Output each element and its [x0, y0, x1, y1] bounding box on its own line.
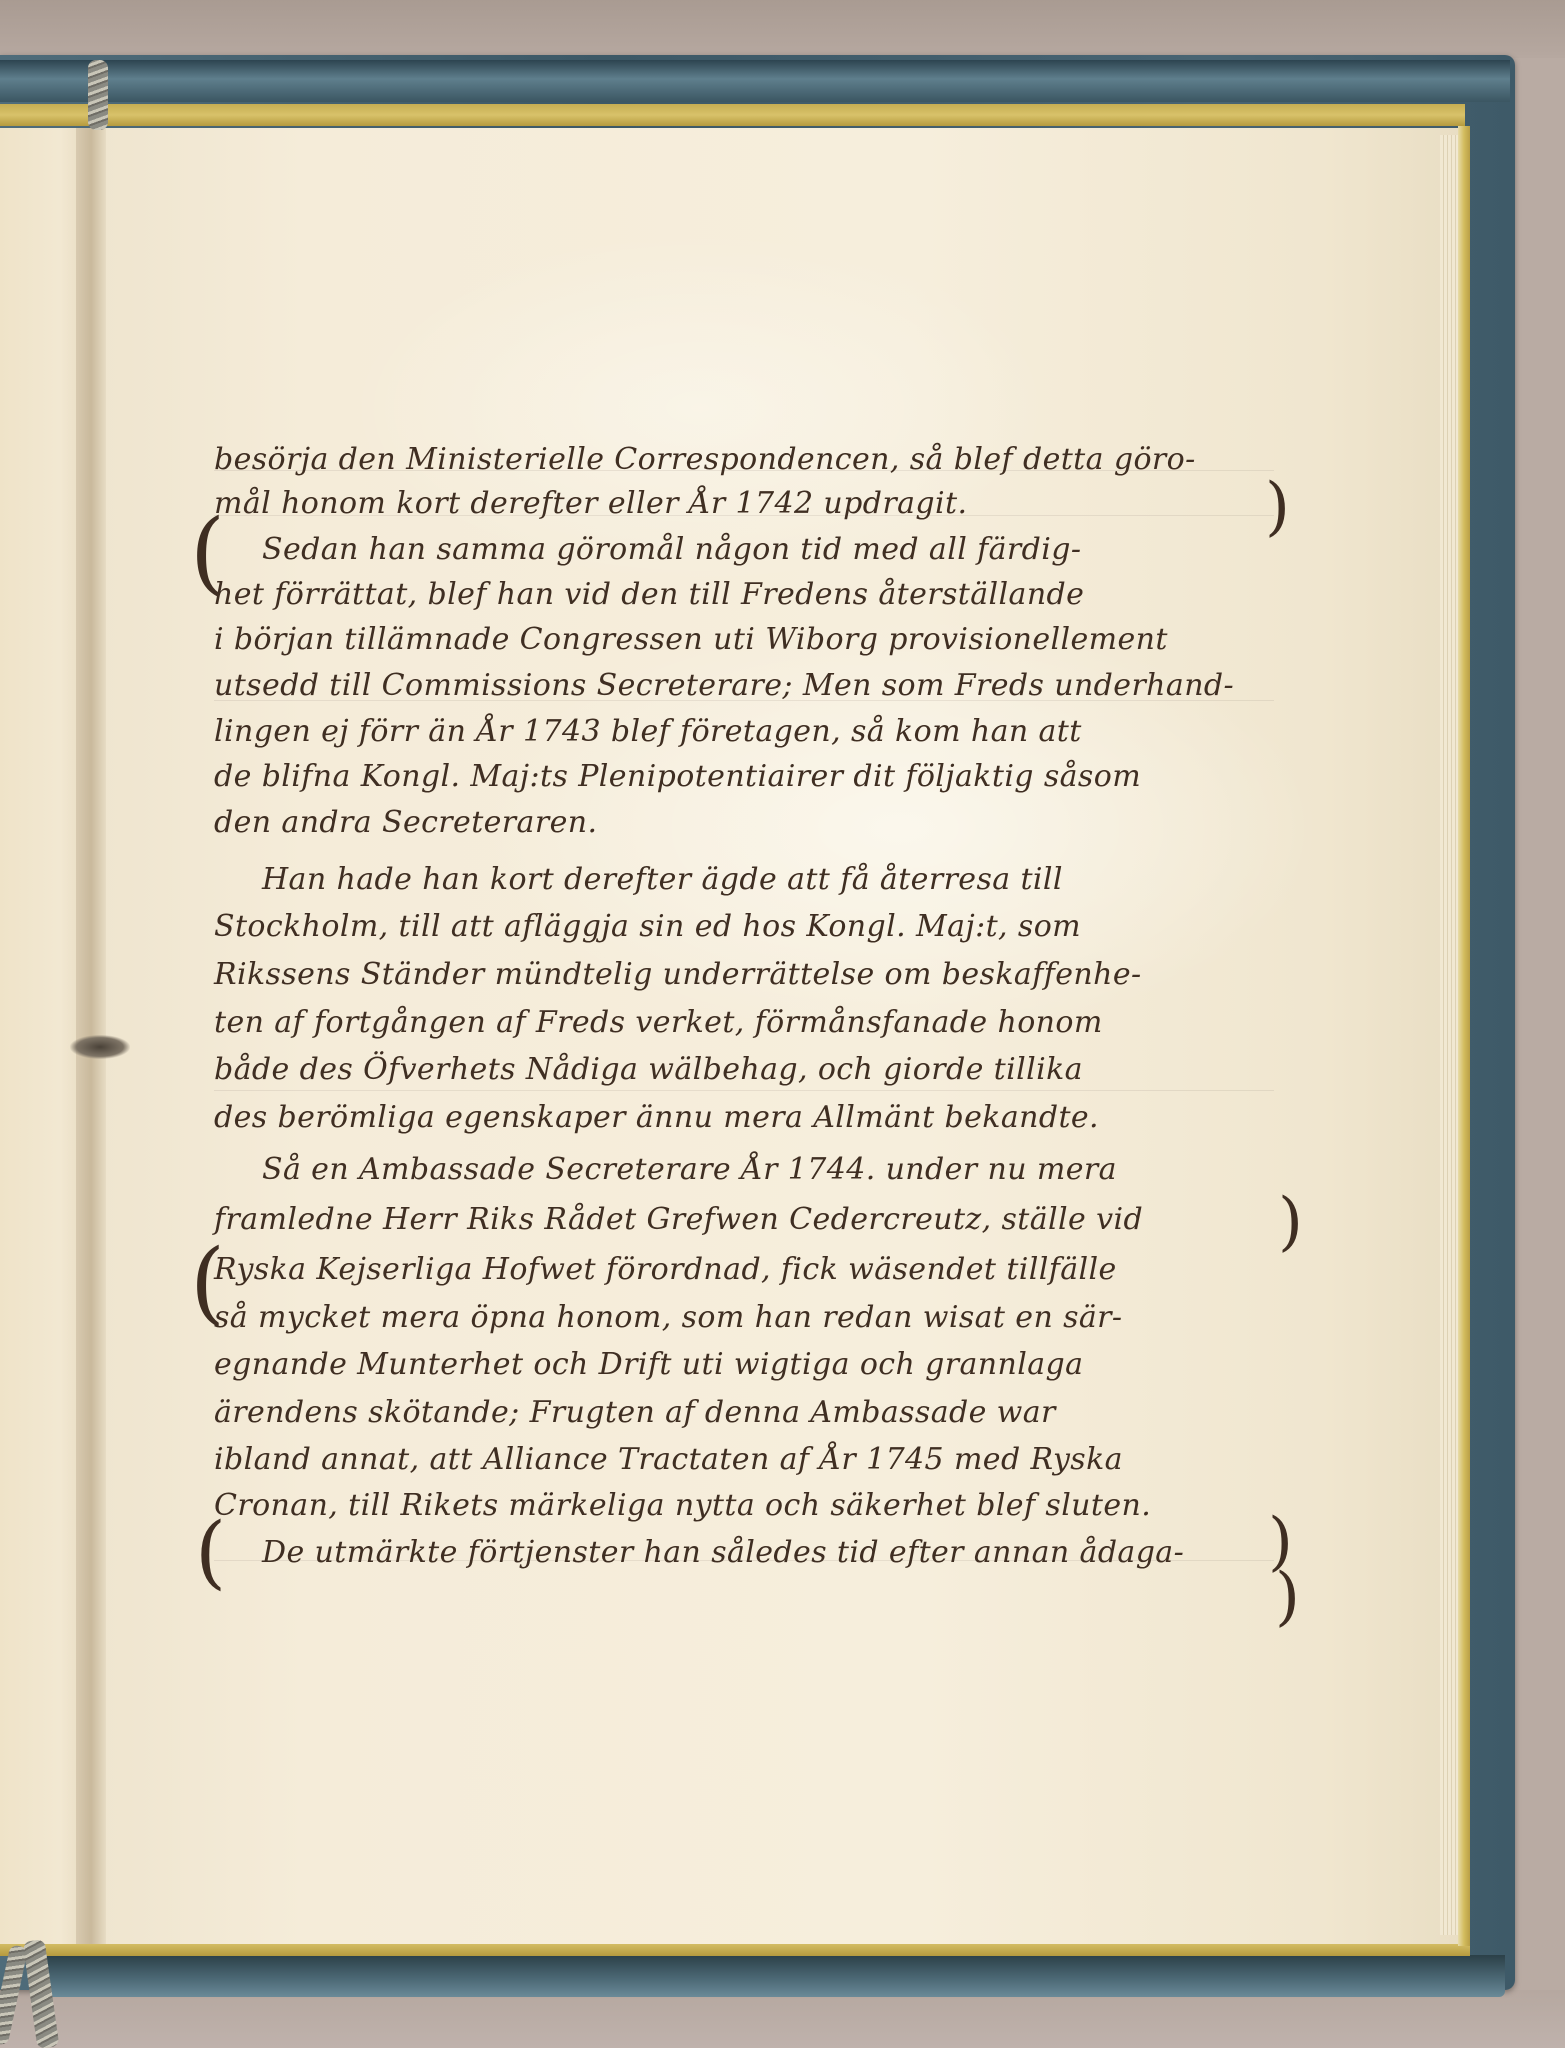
text-line-17: framledne Herr Riks Rådet Grefwen Cederc… — [214, 1200, 1294, 1240]
book-scan: besörja den Ministerielle Correspondence… — [0, 0, 1565, 2048]
binding-stitch-hole — [70, 1035, 130, 1059]
text-line-5: i början tillämnade Congressen uti Wibor… — [214, 620, 1294, 660]
text-line-10: Han hade han kort derefter ägde att få å… — [262, 860, 1342, 900]
flourish-initial-S: ( — [190, 500, 225, 605]
text-line-12: Rikssens Ständer mündtelig underrättelse… — [214, 955, 1294, 995]
text-line-23: Cronan, till Rikets märkeliga nytta och … — [214, 1486, 1294, 1526]
text-line-7: lingen ej förr än År 1743 blef företagen… — [214, 712, 1294, 752]
page-stack-edge — [1440, 135, 1458, 1935]
cover-edge-bottom — [45, 1955, 1505, 1997]
table-surface-bottom — [0, 1990, 1565, 2048]
text-line-11: Stockholm, till att afläggja sin ed hos … — [214, 907, 1294, 947]
cover-edge-top — [0, 60, 1510, 102]
text-line-14: både des Öfverhets Nådiga wälbehag, och … — [214, 1050, 1294, 1090]
flourish-bracket: ) — [1278, 1185, 1303, 1259]
text-line-2: mål honom kort derefter eller År 1742 up… — [214, 484, 1294, 524]
text-line-8: de blifna Kongl. Maj:ts Plenipotentiaire… — [214, 757, 1294, 797]
flourish-bracket: ) — [1275, 1560, 1300, 1634]
text-line-9: den andra Secreteraren. — [214, 803, 1294, 843]
flourish-initial-S: ( — [190, 1230, 225, 1335]
text-line-20: egnande Munterhet och Drift uti wigtiga … — [214, 1345, 1294, 1385]
gilt-page-edge-top — [0, 104, 1465, 126]
flourish-initial-D: ( — [195, 1505, 226, 1598]
table-surface-top — [0, 0, 1565, 58]
gilt-page-edge-right — [1458, 126, 1470, 1946]
text-line-19: så mycket mera öpna honom, som han redan… — [214, 1298, 1294, 1338]
text-line-22: ibland annat, att Alliance Tractaten af … — [214, 1440, 1294, 1480]
text-line-4: het förrättat, blef han vid den till Fre… — [214, 575, 1294, 615]
ruled-line — [214, 1090, 1274, 1091]
text-line-18: Ryska Kejserliga Hofwet förordnad, fick … — [214, 1250, 1294, 1290]
binding-string-top — [88, 60, 108, 130]
gilt-page-edge-bottom — [0, 1942, 1470, 1956]
text-line-13: ten af fortgången af Freds verket, förmå… — [214, 1003, 1294, 1043]
flourish-bracket: ) — [1265, 470, 1290, 544]
text-line-1: besörja den Ministerielle Correspondence… — [214, 440, 1294, 480]
text-line-16: Så en Ambassade Secreterare År 1744. und… — [262, 1150, 1342, 1190]
text-line-3: Sedan han samma göromål någon tid med al… — [262, 530, 1342, 570]
text-line-15: des berömliga egenskaper ännu mera Allmä… — [214, 1098, 1294, 1138]
text-line-24: De utmärkte förtjenster han således tid … — [262, 1533, 1342, 1573]
text-line-21: ärendens skötande; Frugten af denna Amba… — [214, 1393, 1294, 1433]
text-line-6: utsedd till Commissions Secreterare; Men… — [214, 666, 1294, 706]
